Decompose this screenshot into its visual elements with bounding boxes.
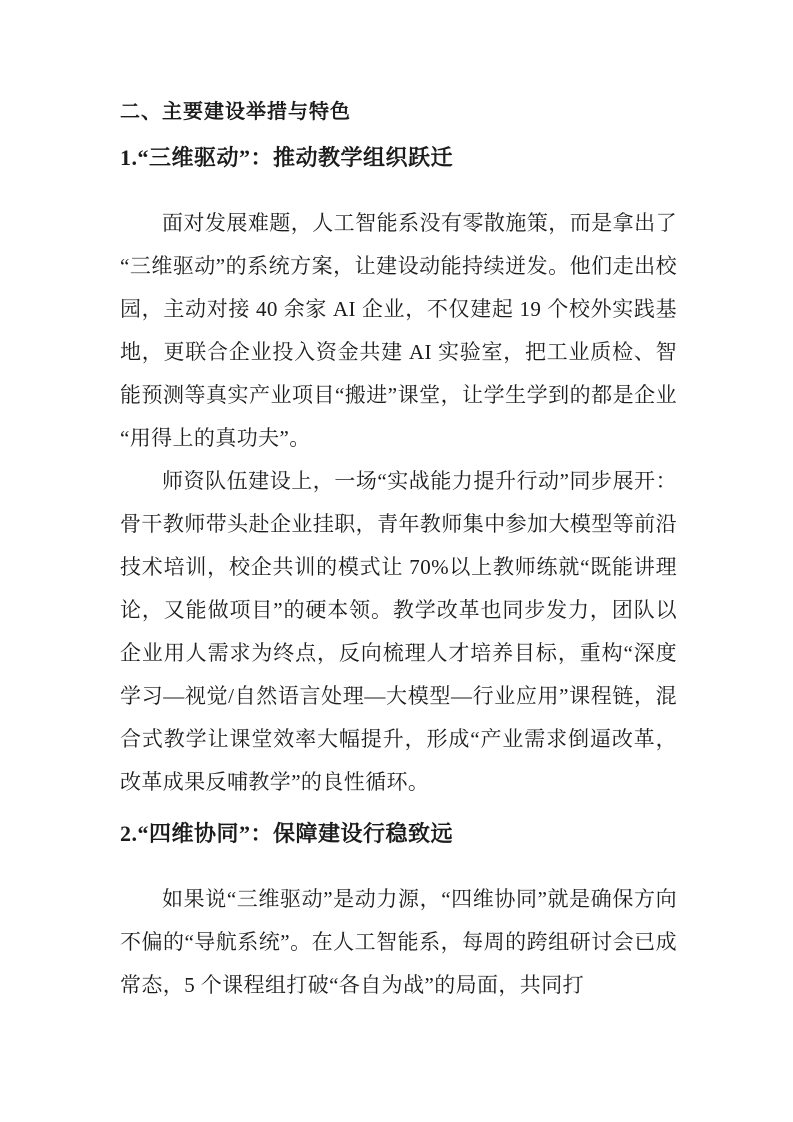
section-1-heading: 1.“三维驱动”：推动教学组织跃迁: [120, 142, 677, 174]
document-page: 二、主要建设举措与特色 1.“三维驱动”：推动教学组织跃迁 面对发展难题，人工智…: [0, 0, 793, 1122]
chapter-heading: 二、主要建设举措与特色: [120, 96, 677, 128]
section-1-paragraph-1: 面对发展难题，人工智能系没有零散施策，而是拿出了“三维驱动”的系统方案，让建设动…: [120, 202, 677, 460]
section-1-paragraph-2: 师资队伍建设上，一场“实战能力提升行动”同步展开：骨干教师带头赴企业挂职，青年教…: [120, 460, 677, 804]
section-2-heading: 2.“四维协同”：保障建设行稳致远: [120, 818, 677, 850]
section-2-paragraph-1: 如果说“三维驱动”是动力源，“四维协同”就是确保方向不偏的“导航系统”。在人工智…: [120, 878, 677, 1007]
document-content: 二、主要建设举措与特色 1.“三维驱动”：推动教学组织跃迁 面对发展难题，人工智…: [0, 0, 793, 1122]
